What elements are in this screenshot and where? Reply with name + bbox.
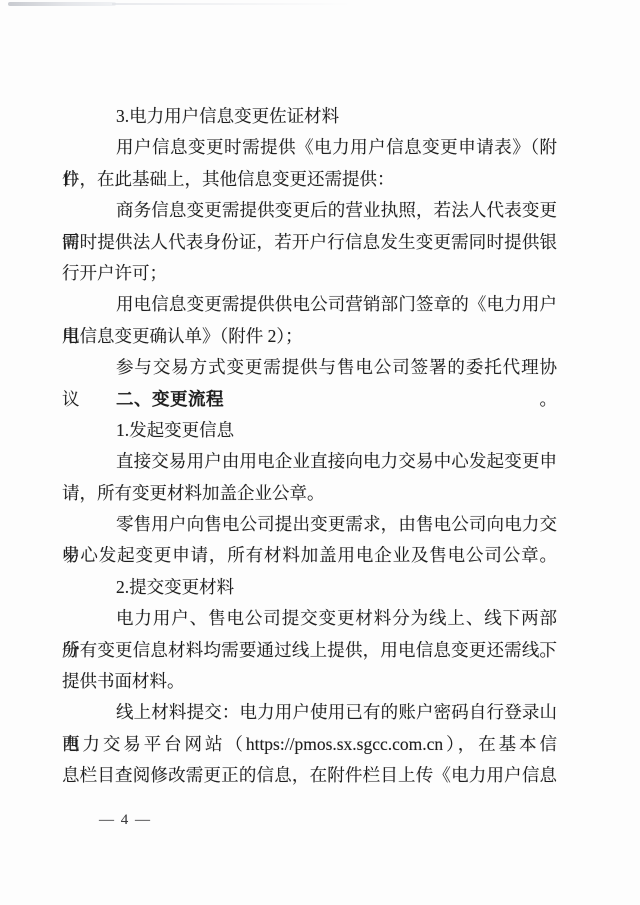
document-line: 所有变更信息材料均需要通过线上提供，用电信息变更还需线下 — [62, 635, 557, 666]
document-line: 1），在此基础上，其他信息变更还需提供： — [62, 164, 557, 195]
document-line: 1.发起变更信息 — [62, 415, 557, 446]
scan-streak-artifact-faint — [112, 3, 352, 5]
document-line: 参与交易方式变更需提供与售电公司签署的委托代理协议。 — [62, 352, 557, 383]
scan-streak-artifact — [8, 2, 116, 6]
document-line: 中心发起变更申请，所有材料加盖用电企业及售电公司公章。 — [62, 540, 557, 571]
document-line: 电力用户、售电公司提交变更材料分为线上、线下两部分。 — [62, 603, 557, 634]
document-line: 2.提交变更材料 — [62, 572, 557, 603]
document-line: 线上材料提交：电力用户使用已有的账户密码自行登录山西 — [62, 697, 557, 728]
document-line: 电力交易平台网站（https://pmos.sx.sgcc.com.cn），在基… — [62, 729, 557, 760]
document-line: 零售用户向售电公司提出变更需求，由售电公司向电力交易 — [62, 509, 557, 540]
document-line: 商务信息变更需提供变更后的营业执照，若法人代表变更需 — [62, 195, 557, 226]
document-line: 直接交易用户由用电企业直接向电力交易中心发起变更申 — [62, 446, 557, 477]
document-line: 同时提供法人代表身份证，若开户行信息发生变更需同时提供银 — [62, 227, 557, 258]
document-line: 行开户许可； — [62, 258, 557, 289]
document-line: 用户信息变更时需提供《电力用户信息变更申请表》（附件 — [62, 132, 557, 163]
document-line: 息栏目查阅修改需更正的信息，在附件栏目上传《电力用户信息 — [62, 760, 557, 791]
document-line: 3.电力用户信息变更佐证材料 — [62, 101, 557, 132]
document-line: 电信息变更确认单》（附件 2）； — [62, 321, 557, 352]
scanned-document-page: 3.电力用户信息变更佐证材料用户信息变更时需提供《电力用户信息变更申请表》（附件… — [0, 0, 640, 905]
document-line: 用电信息变更需提供供电公司营销部门签章的《电力用户用 — [62, 289, 557, 320]
document-line: 提供书面材料。 — [62, 666, 557, 697]
page-number: — 4 — — [99, 810, 152, 830]
document-text-block: 3.电力用户信息变更佐证材料用户信息变更时需提供《电力用户信息变更申请表》（附件… — [62, 101, 557, 792]
document-line: 请，所有变更材料加盖企业公章。 — [62, 478, 557, 509]
